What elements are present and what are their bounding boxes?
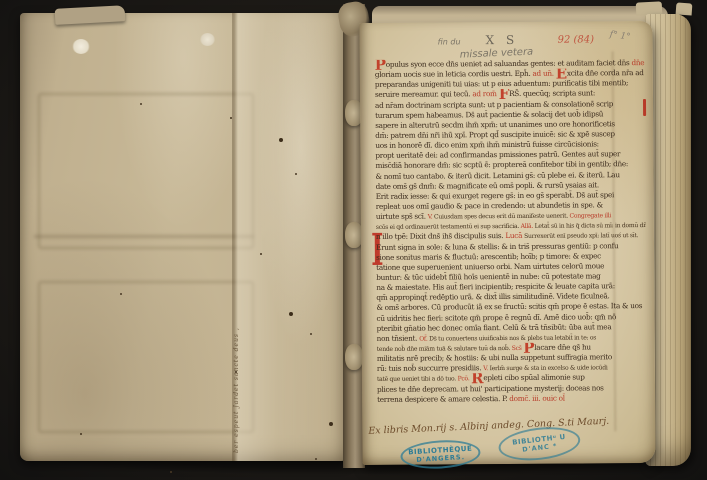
text-segment: tende nob̄ dn̄e miām tuā & salutare tu… [377,345,512,353]
text-segment: pteribit gn̄atio hec donec omīa fiant. … [377,322,612,333]
shelfmark-annotation: 92 (84) [558,34,595,45]
text-segment: turarum spem habeamus. Ds̄ aut̄ pacienti… [375,109,603,120]
text-segment: ad un̄. [532,69,555,78]
text-segment: tatē que ueniet tibi a dō tuo. [377,376,458,384]
text-segment: buntur: & tūc uidebt̄ filiū hoīs ueni… [376,271,600,282]
text-segment: & oms̄ arbores. Cū producūt iā ex se … [376,301,642,312]
sewing-support [345,344,363,370]
text-segment: misc̄diā honorare dm̄: sic scptū ē: p… [375,160,628,171]
text-segment: RS̄. quecūq; scripta sunt: [509,89,595,99]
manuscript-folio: fin du X S missale vetera 92 (84) f° 1° … [359,21,655,465]
text-segment: & nomī tuo cantabo. & iterū dicit. Let… [375,170,619,181]
text-segment: epleti cibo spūal alimonie sup [483,373,584,383]
text-segment: na & maiestate. His aut̄ fieri incipient… [376,281,615,292]
text-segment: Ierlm̄ surge & sta in excelso & uide ioc… [490,365,608,373]
text-segment: rū: tuis nob̄ succurre presidiis. [377,363,483,373]
pasted-parchment-strip [232,13,347,461]
text-segment: Surrexerūt enī pseudo xpī: latī uoś… [524,232,638,240]
binding-impression [38,93,254,249]
text-segment: xcita dn̄e corda nr̄a ad [567,68,644,78]
manuscript-text-block: Populus syon ecce dn̄s ueniet ad saluand… [375,58,647,405]
text-segment: qm̄ appropinqt̄ redēptio urā. & dixt̄ … [376,292,609,303]
text-segment: Pcō. [458,376,472,383]
text-segment: Erunt signa in sole: & luna & stellis: &… [376,241,618,252]
text-segment: seruire mereamur. qui tecū. [375,90,472,100]
wax-spot [72,39,90,54]
text-segment: Lucā [505,231,524,240]
text-segment: P [375,58,386,70]
ex-libris-inscription: Ex libris Mon.rij s. Albinj andeg. Cong.… [368,414,646,437]
manuscript-photo: ber espeut Jardet sancte deus , fin du X… [0,0,707,480]
text-segment: terrena despicere & amare celestia. P. [377,394,509,404]
text-segment: cū uidritis hec fieri: scitote qm̄ prop… [376,312,616,323]
text-segment: Of̄. [419,335,429,342]
text-segment: n illo tpē: Dixit dns̄ ihs̄ discipulis … [376,231,505,241]
text-segment: opulus syon ecce dn̄s ueniet ad saluanda… [386,58,632,69]
text-segment: Ds̄ tu conuertens uiuificabis nos & pleb… [429,334,596,342]
text-segment: Cuiusdam spes decus erit dū manifeste u… [434,213,570,221]
text-segment: militatis nrē precib; & hostiis: & ubi … [377,352,612,363]
text-segment: preparandas unigeniti tui uias: ut p eiu… [375,78,628,89]
manuscript-line: terrena despicere & amare celestia. P. d… [377,393,647,405]
text-segment: Erit radix iesse: & qui exurget regere g… [376,190,614,201]
binding-impression [34,235,254,238]
text-segment: Letat̄ sū in his q̄ dicta sū mī: in d… [535,222,646,230]
text-segment: scōs ei qd ordinauerūt testamentū ei … [376,223,521,231]
text-segment: propt ueritatē dei: ad confirmandas pmi… [375,149,620,160]
ink-specks [140,103,142,105]
text-segment: tatione que superuenient uniuerso orbi. … [376,261,604,272]
pencil-note: fin du [438,37,461,46]
text-segment: sapere in alterutrū secdm ihm̄ xpm̄: ut… [375,119,615,130]
wax-spot [200,33,215,46]
text-segment: non tn̄sient. [377,333,420,342]
pencil-sigla: X S [486,33,519,47]
text-segment: plices te dn̄e deprecam. ut hui' partici… [377,383,604,394]
manuscript-line: pteribit gn̄atio hec donec omīa fiant. … [377,322,647,334]
folio-number: f° 1° [609,30,631,43]
text-segment: date oms̄ gs̄ dnm̄: & magnificate eū om… [376,180,599,191]
text-segment: Allā. [521,223,535,230]
text-segment: ad rom̄ [472,89,498,98]
text-segment: domc̄. iii. ouic ol̄ [509,393,565,402]
text-segment: uos in honorē dī. dico enim xpm̄ ihm̄ … [375,139,599,150]
text-segment: dm̄: patrem dn̄i nr̄i ihū xpī. Propt q… [375,129,615,140]
text-segment: dn̄e. ii. [631,58,644,67]
text-segment: R [471,372,483,384]
text-segment: Scs̄ [512,345,524,352]
text-segment: ad nr̄am doctrinam scripta sunt: ut p pa… [375,99,613,110]
text-segment: uirtute sps̄ scī. [376,212,428,221]
text-segment: repleat uos omī gaudio & pace in creden… [376,200,603,211]
left-cover-pastedown: ber espeut Jardet sancte deus , [20,13,347,461]
text-segment: lacare dn̄e qs̄ hu [534,342,591,351]
text-segment: gloriam uocis sue in leticia cordis uest… [375,69,533,79]
vertical-inscription: ber espeut Jardet sancte deus , [233,61,240,453]
text-segment: Congregate illi [570,212,612,219]
binding-impression [38,281,254,433]
text-segment: sione sonitus maris & fluctuū: arescent… [376,251,601,262]
torn-cover-flap [55,5,126,25]
